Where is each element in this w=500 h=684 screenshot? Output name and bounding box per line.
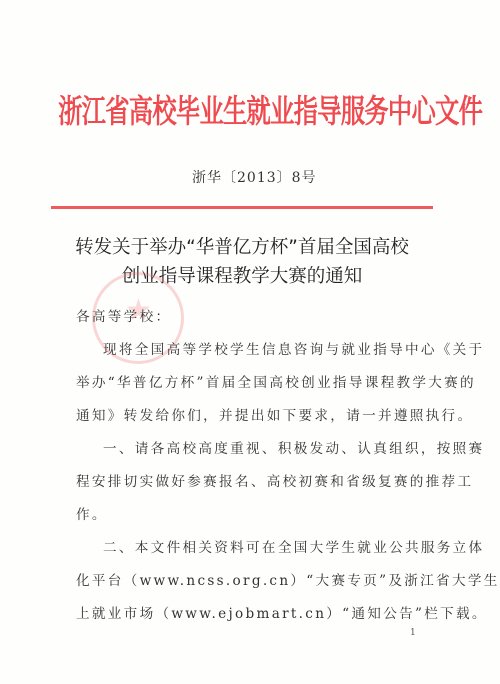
body-line: 通知》转发给你们，并提出如下要求，请一并遵照执行。 (76, 404, 414, 424)
salutation: 各高等学校： (76, 305, 414, 325)
issuing-authority-header: 浙江省高校毕业生就业指导服务中心文件 (58, 86, 438, 132)
document-number: 浙华〔2013〕8号 (192, 167, 317, 187)
body-line: 作。 (76, 503, 414, 523)
body-line: 举办“华普亿方杯”首届全国高校创业指导课程教学大赛的 (76, 371, 414, 391)
body-line: 一、请各高校高度重视、积极发动、认真组织，按照赛 (103, 437, 441, 457)
body-line: 二、本文件相关资料可在全国大学生就业公共服务立体 (103, 536, 441, 556)
document-title-line-2: 创业指导课程教学大赛的通知 (0, 262, 484, 288)
body-line: 程安排切实做好参赛报名、高校初赛和省级复赛的推荐工 (76, 470, 414, 490)
document-page: 浙江省高校毕业生就业指导服务中心文件 浙华〔2013〕8号 转发关于举办“华普亿… (0, 0, 500, 684)
page-number: 1 (410, 628, 416, 638)
body-line: 化平台（www.ncss.org.cn）“大赛专页”及浙江省大学生网 (76, 569, 414, 589)
red-divider-rule (51, 206, 433, 209)
document-title-line-1: 转发关于举办“华普亿方杯”首届全国高校 (0, 233, 484, 259)
body-line: 上就业市场（www.ejobmart.cn）“通知公告”栏下载。 (76, 602, 414, 622)
body-line: 现将全国高等学校学生信息咨询与就业指导中心《关于 (103, 338, 441, 358)
